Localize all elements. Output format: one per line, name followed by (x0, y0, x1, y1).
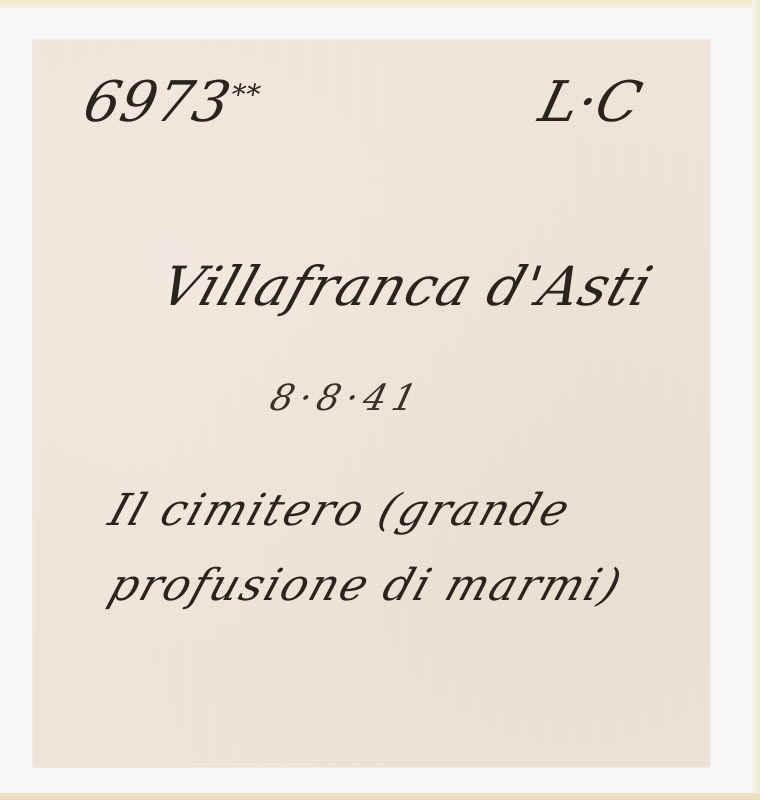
catalog-number: 6973** (78, 70, 265, 135)
description-line: profusione di marmi) (103, 560, 630, 611)
right-edge-strip (752, 0, 760, 800)
catalog-marks: ** (228, 78, 264, 111)
top-edge-strip (0, 0, 760, 8)
date: 8·8·41 (266, 378, 427, 419)
bottom-edge-strip (0, 793, 760, 800)
note-card: 6973** L·C Villafranca d'Asti 8·8·41 Il … (33, 40, 710, 767)
collection-code: L·C (533, 70, 649, 135)
description-line: Il cimitero (grande (103, 485, 578, 536)
place-name: Villafranca d'Asti (153, 255, 661, 318)
catalog-number-value: 6973 (78, 70, 236, 135)
